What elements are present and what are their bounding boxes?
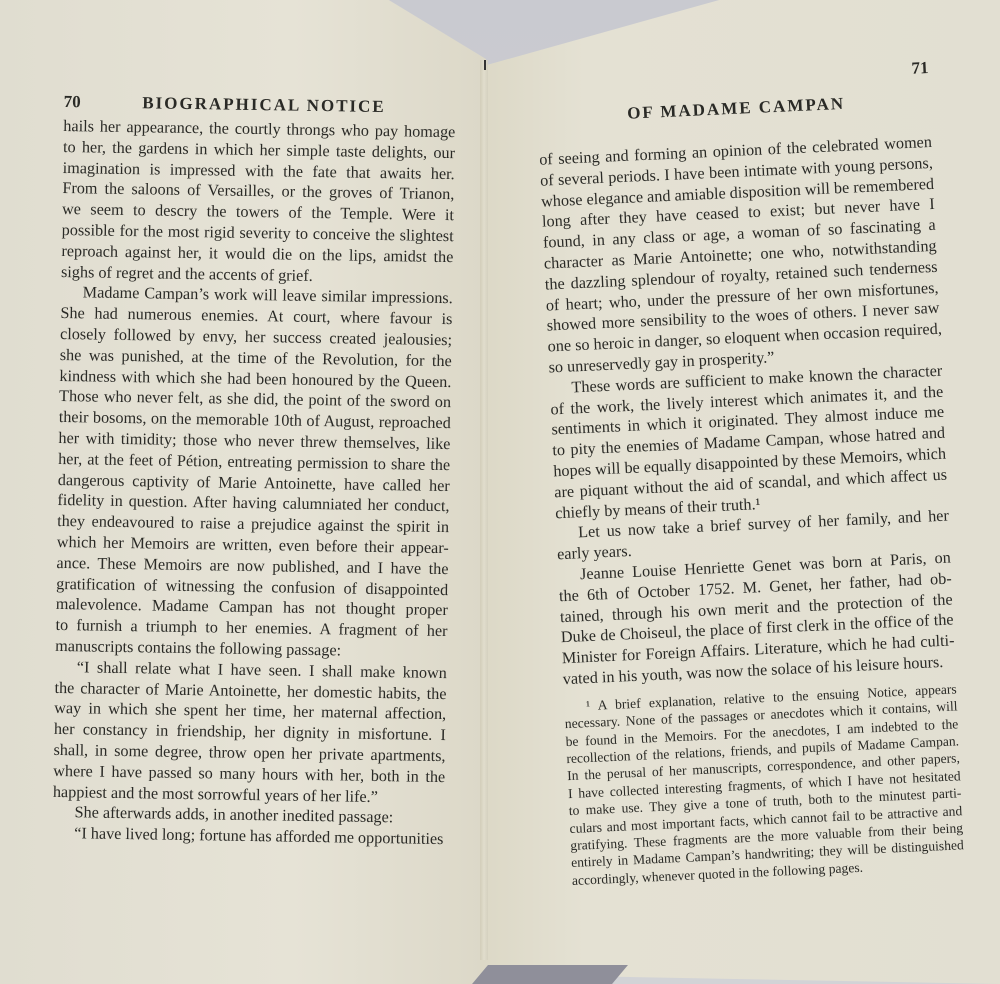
- paragraph: hails her appearance, the courtly throng…: [61, 116, 456, 289]
- right-page-text: OF MADAME CAMPAN 71 of seeing and formin…: [535, 58, 965, 889]
- paragraph: “I shall relate what I have seen. I shal…: [53, 657, 447, 809]
- paragraph: These words are sufficient to make known…: [549, 360, 948, 523]
- bottom-shadow: [472, 965, 628, 984]
- paragraph: Madame Campan’s work will leave similar …: [55, 282, 453, 662]
- paragraph: of seeing and forming an opinion of the …: [539, 132, 942, 378]
- paragraph: Jeanne Louise Henriette Genet was born a…: [558, 547, 956, 689]
- footnote: ¹ A brief explanation, relative to the e…: [564, 680, 965, 889]
- right-page-body: of seeing and forming an opinion of the …: [539, 132, 956, 690]
- page-number: 71: [911, 58, 929, 79]
- left-page-body: hails her appearance, the courtly throng…: [52, 116, 455, 850]
- gutter-shadow: [484, 60, 486, 70]
- running-head: OF MADAME CAMPAN: [627, 94, 846, 124]
- left-page-text: 70 BIOGRAPHICAL NOTICE hails her appeara…: [52, 86, 456, 850]
- running-head: BIOGRAPHICAL NOTICE: [142, 93, 386, 117]
- book-gutter: [480, 60, 488, 960]
- page-number: 70: [64, 92, 81, 112]
